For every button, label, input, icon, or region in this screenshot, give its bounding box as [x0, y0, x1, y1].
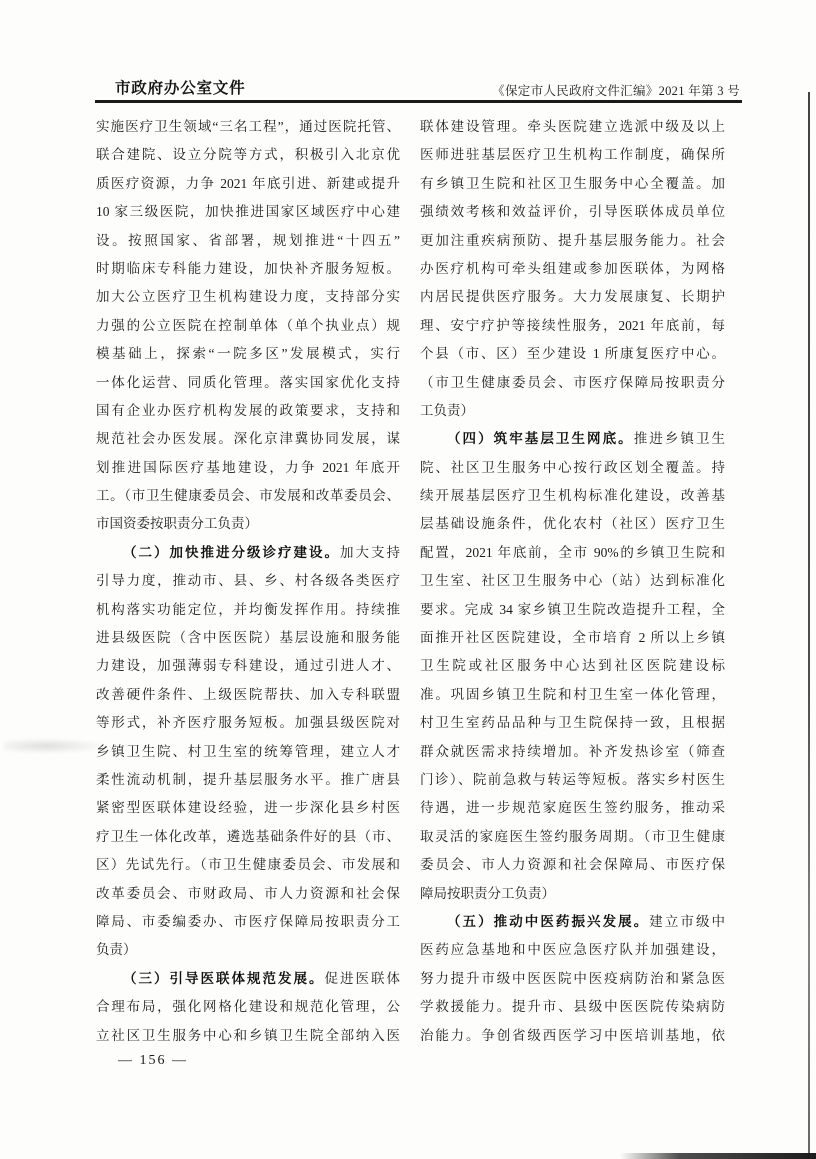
text-segment: 区）先试先行。（市卫生健康委员会、市发展和 [96, 857, 400, 872]
text-line: 理、安宁疗护等接续性服务，2021 年底前，每 [420, 312, 725, 340]
text-line: （市卫生健康委员会、市医疗保障局按职责分 [420, 369, 725, 397]
text-line: 紧密型医联体建设经验，进一步深化县乡村医 [96, 794, 400, 822]
text-line: 引导力度，推动市、县、乡、村各级各类医疗 [96, 567, 400, 595]
text-segment: 模基础上，探索“一院多区”发展模式，实行 [96, 346, 400, 361]
text-segment: 推进乡镇卫生 [634, 431, 725, 446]
text-line: 学救援能力。提升市、县级中医医院传染病防 [420, 993, 725, 1021]
text-segment: 个县（市、区）至少建设 1 所康复医疗中心。 [420, 346, 725, 361]
text-segment: 乡镇卫生院、村卫生室的统筹管理，建立人才 [96, 744, 400, 759]
text-line: 努力提升市级中医医院中医疫病防治和紧急医 [420, 965, 725, 993]
text-segment: 努力提升市级中医医院中医疫病防治和紧急医 [420, 971, 725, 986]
text-segment: 紧密型医联体建设经验，进一步深化县乡村医 [96, 800, 400, 815]
text-line: （三）引导医联体规范发展。促进医联体 [96, 965, 400, 993]
text-segment: 划推进国际医疗基地建设，力争 2021 年底开 [96, 460, 400, 475]
text-segment: 引导力度，推动市、县、乡、村各级各类医疗 [96, 573, 400, 588]
text-segment: 促进医联体 [325, 971, 401, 986]
header-right-title: 《保定市人民政府文件汇编》2021 年第 3 号 [492, 81, 740, 99]
text-line: 障局、市委编委办、市医疗保障局按职责分工 [96, 908, 400, 936]
text-segment: 配置，2021 年底前，全市 90%的乡镇卫生院和 [420, 545, 725, 560]
text-line: 市国资委按职责分工负责） [96, 510, 400, 538]
text-segment: 实施医疗卫生领域“三名工程”，通过医院托管、 [96, 119, 400, 134]
text-line: 联体建设管理。牵头医院建立选派中级及以上 [420, 113, 725, 141]
text-segment: 力建设，加强薄弱专科建设，通过引进人才、 [96, 658, 400, 673]
text-segment: 市国资委按职责分工负责） [96, 516, 258, 531]
text-segment: 国有企业办医疗机构发展的政策要求，支持和 [96, 403, 400, 418]
text-segment: 理、安宁疗护等接续性服务，2021 年底前，每 [420, 318, 725, 333]
text-segment: 联体建设管理。牵头医院建立选派中级及以上 [420, 119, 725, 134]
text-line: 改善硬件条件、上级医院帮扶、加入专科联盟 [96, 681, 400, 709]
text-segment: 门诊）、院前急救与转运等短板。落实乡村医生 [420, 772, 725, 787]
text-segment: 进县级医院（含中医医院）基层设施和服务能 [96, 630, 400, 645]
text-segment: 加大公立医疗卫生机构建设力度，支持部分实 [96, 289, 400, 304]
text-segment: 加大支持 [340, 545, 400, 560]
text-line: 模基础上，探索“一院多区”发展模式，实行 [96, 340, 400, 368]
text-line: 内居民提供医疗服务。大力发展康复、长期护 [420, 283, 725, 311]
text-line: 更加注重疾病预防、提升基层服务能力。社会 [420, 227, 725, 255]
text-segment: 疗卫生一体化改革，遴选基础条件好的县（市、 [96, 829, 400, 844]
text-line: 实施医疗卫生领域“三名工程”，通过医院托管、 [96, 113, 400, 141]
scan-edge-line [808, 92, 810, 1159]
text-segment: 卫生室、社区卫生服务中心（站）达到标准化 [420, 573, 725, 588]
text-line: 群众就医需求持续增加。补齐发热诊室（筛查 [420, 738, 725, 766]
text-line: 力建设，加强薄弱专科建设，通过引进人才、 [96, 652, 400, 680]
text-line: 卫生院或社区服务中心达到社区医院建设标 [420, 652, 725, 680]
text-segment: 卫生院或社区服务中心达到社区医院建设标 [420, 658, 725, 673]
column-left: 实施医疗卫生领域“三名工程”，通过医院托管、联合建院、设立分院等方式，积极引入北… [96, 113, 400, 1050]
text-segment: 工负责） [420, 403, 474, 418]
text-line: 工负责） [420, 397, 725, 425]
scan-smudge [4, 738, 109, 754]
text-line: 医师进驻基层医疗卫生机构工作制度，确保所 [420, 141, 725, 169]
text-line: 合理布局，强化网格化建设和规范化管理，公 [96, 993, 400, 1021]
text-line: （四）筑牢基层卫生网底。推进乡镇卫生 [420, 425, 725, 453]
text-line: 区）先试先行。（市卫生健康委员会、市发展和 [96, 851, 400, 879]
text-line: 加大公立医疗卫生机构建设力度，支持部分实 [96, 283, 400, 311]
text-line: 办医疗机构可牵头组建或参加医联体，为网格 [420, 255, 725, 283]
text-line: 乡镇卫生院、村卫生室的统筹管理，建立人才 [96, 738, 400, 766]
text-line: 10 家三级医院，加快推进国家区域医疗中心建 [96, 198, 400, 226]
text-segment: 建立市级中 [649, 914, 725, 929]
text-segment: 力强的公立医院在控制单体（单个执业点）规 [96, 318, 400, 333]
text-line: 障局按职责分工负责） [420, 880, 725, 908]
text-segment: 质医疗资源，力争 2021 年底引进、新建或提升 [96, 176, 400, 191]
text-segment: 面推开社区医院建设，全市培育 2 所以上乡镇 [420, 630, 725, 645]
section-heading-segment: （五）推动中医药振兴发展。 [447, 914, 649, 929]
text-line: 立社区卫生服务中心和乡镇卫生院全部纳入医 [96, 1022, 400, 1050]
text-line: 要求。完成 34 家乡镇卫生院改造提升工程，全 [420, 596, 725, 624]
header-rule [95, 100, 742, 103]
text-segment: 准。巩固乡镇卫生院和村卫生室一体化管理， [420, 687, 725, 702]
text-segment: 负责） [96, 942, 137, 957]
text-segment: 院、社区卫生服务中心按行政区划全覆盖。持 [420, 460, 725, 475]
section-heading-segment: （四）筑牢基层卫生网底。 [447, 431, 634, 446]
text-line: 续开展基层医疗卫生机构标准化建设，改善基 [420, 482, 725, 510]
text-line: 强绩效考核和效益评价，引导医联体成员单位 [420, 198, 725, 226]
text-segment: （市卫生健康委员会、市医疗保障局按职责分 [420, 375, 725, 390]
text-segment: 改善硬件条件、上级医院帮扶、加入专科联盟 [96, 687, 400, 702]
text-segment: 治能力。争创省级西医学习中医培训基地，依 [420, 1028, 725, 1043]
text-line: 联合建院、设立分院等方式，积极引入北京优 [96, 141, 400, 169]
text-segment: 改革委员会、市财政局、市人力资源和社会保 [96, 886, 400, 901]
text-line: 力强的公立医院在控制单体（单个执业点）规 [96, 312, 400, 340]
text-segment: 学救援能力。提升市、县级中医医院传染病防 [420, 999, 725, 1014]
text-segment: 障局按职责分工负责） [420, 886, 555, 901]
text-segment: 时期临床专科能力建设，加快补齐服务短板。 [96, 261, 400, 276]
text-line: 准。巩固乡镇卫生院和村卫生室一体化管理， [420, 681, 725, 709]
text-line: （五）推动中医药振兴发展。建立市级中 [420, 908, 725, 936]
text-line: 委员会、市人力资源和社会保障局、市医疗保 [420, 851, 725, 879]
text-line: 待遇，进一步规范家庭医生签约服务，推动采 [420, 794, 725, 822]
header-left-title: 市政府办公室文件 [115, 76, 245, 98]
text-segment: 规范社会办医发展。深化京津冀协同发展，谋 [96, 431, 400, 446]
section-heading-segment: （三）引导医联体规范发展。 [123, 971, 325, 986]
text-line: 配置，2021 年底前，全市 90%的乡镇卫生院和 [420, 539, 725, 567]
text-segment: 设。按照国家、省部署，规划推进“十四五” [96, 233, 400, 248]
text-line: 有乡镇卫生院和社区卫生服务中心全覆盖。加 [420, 170, 725, 198]
text-line: 进县级医院（含中医医院）基层设施和服务能 [96, 624, 400, 652]
text-line: 门诊）、院前急救与转运等短板。落实乡村医生 [420, 766, 725, 794]
text-segment: 工。（市卫生健康委员会、市发展和改革委员会、 [96, 488, 400, 503]
text-segment: 层基础设施条件，优化农村（社区）医疗卫生 [420, 516, 725, 531]
text-segment: 委员会、市人力资源和社会保障局、市医疗保 [420, 857, 725, 872]
text-segment: 内居民提供医疗服务。大力发展康复、长期护 [420, 289, 725, 304]
text-line: 卫生室、社区卫生服务中心（站）达到标准化 [420, 567, 725, 595]
text-line: 划推进国际医疗基地建设，力争 2021 年底开 [96, 454, 400, 482]
text-line: 个县（市、区）至少建设 1 所康复医疗中心。 [420, 340, 725, 368]
text-segment: 群众就医需求持续增加。补齐发热诊室（筛查 [420, 744, 725, 759]
text-line: 医药应急基地和中医应急医疗队并加强建设， [420, 936, 725, 964]
text-segment: 续开展基层医疗卫生机构标准化建设，改善基 [420, 488, 725, 503]
section-heading-segment: （二）加快推进分级诊疗建设。 [123, 545, 340, 560]
text-line: 规范社会办医发展。深化京津冀协同发展，谋 [96, 425, 400, 453]
text-segment: 村卫生室药品品种与卫生院保持一致，且根据 [420, 715, 725, 730]
text-segment: 合理布局，强化网格化建设和规范化管理，公 [96, 999, 400, 1014]
text-segment: 10 家三级医院，加快推进国家区域医疗中心建 [96, 204, 400, 219]
text-segment: 要求。完成 34 家乡镇卫生院改造提升工程，全 [420, 602, 725, 617]
text-line: 等形式，补齐医疗服务短板。加强县级医院对 [96, 709, 400, 737]
text-line: 改革委员会、市财政局、市人力资源和社会保 [96, 880, 400, 908]
text-segment: 医药应急基地和中医应急医疗队并加强建设， [420, 942, 725, 957]
text-segment: 立社区卫生服务中心和乡镇卫生院全部纳入医 [96, 1028, 400, 1043]
text-line: 设。按照国家、省部署，规划推进“十四五” [96, 227, 400, 255]
text-line: 层基础设施条件，优化农村（社区）医疗卫生 [420, 510, 725, 538]
text-segment: 有乡镇卫生院和社区卫生服务中心全覆盖。加 [420, 176, 725, 191]
text-segment: 一体化运营、同质化管理。落实国家优化支持 [96, 375, 400, 390]
text-line: （二）加快推进分级诊疗建设。加大支持 [96, 539, 400, 567]
text-segment: 强绩效考核和效益评价，引导医联体成员单位 [420, 204, 725, 219]
text-line: 柔性流动机制，提升基层服务水平。推广唐县 [96, 766, 400, 794]
text-segment: 等形式，补齐医疗服务短板。加强县级医院对 [96, 715, 400, 730]
text-segment: 柔性流动机制，提升基层服务水平。推广唐县 [96, 772, 400, 787]
text-segment: 办医疗机构可牵头组建或参加医联体，为网格 [420, 261, 725, 276]
text-line: 负责） [96, 936, 400, 964]
text-segment: 取灵活的家庭医生签约服务周期。（市卫生健康 [420, 829, 725, 844]
text-line: 取灵活的家庭医生签约服务周期。（市卫生健康 [420, 823, 725, 851]
text-line: 院、社区卫生服务中心按行政区划全覆盖。持 [420, 454, 725, 482]
text-line: 治能力。争创省级西医学习中医培训基地，依 [420, 1022, 725, 1050]
text-segment: 机构落实功能定位，并均衡发挥作用。持续推 [96, 602, 400, 617]
document-page: 市政府办公室文件 《保定市人民政府文件汇编》2021 年第 3 号 实施医疗卫生… [0, 0, 816, 1159]
text-line: 质医疗资源，力争 2021 年底引进、新建或提升 [96, 170, 400, 198]
text-segment: 医师进驻基层医疗卫生机构工作制度，确保所 [420, 147, 725, 162]
scan-bottom-shadow [620, 1153, 816, 1159]
text-line: 面推开社区医院建设，全市培育 2 所以上乡镇 [420, 624, 725, 652]
text-line: 机构落实功能定位，并均衡发挥作用。持续推 [96, 596, 400, 624]
text-segment: 待遇，进一步规范家庭医生签约服务，推动采 [420, 800, 725, 815]
text-segment: 更加注重疾病预防、提升基层服务能力。社会 [420, 233, 725, 248]
text-line: 时期临床专科能力建设，加快补齐服务短板。 [96, 255, 400, 283]
text-segment: 联合建院、设立分院等方式，积极引入北京优 [96, 147, 400, 162]
text-line: 国有企业办医疗机构发展的政策要求，支持和 [96, 397, 400, 425]
text-line: 一体化运营、同质化管理。落实国家优化支持 [96, 369, 400, 397]
column-right: 联体建设管理。牵头医院建立选派中级及以上医师进驻基层医疗卫生机构工作制度，确保所… [420, 113, 725, 1050]
text-line: 疗卫生一体化改革，遴选基础条件好的县（市、 [96, 823, 400, 851]
text-line: 村卫生室药品品种与卫生院保持一致，且根据 [420, 709, 725, 737]
text-line: 工。（市卫生健康委员会、市发展和改革委员会、 [96, 482, 400, 510]
text-segment: 障局、市委编委办、市医疗保障局按职责分工 [96, 914, 400, 929]
page-number: — 156 — [118, 1053, 188, 1069]
